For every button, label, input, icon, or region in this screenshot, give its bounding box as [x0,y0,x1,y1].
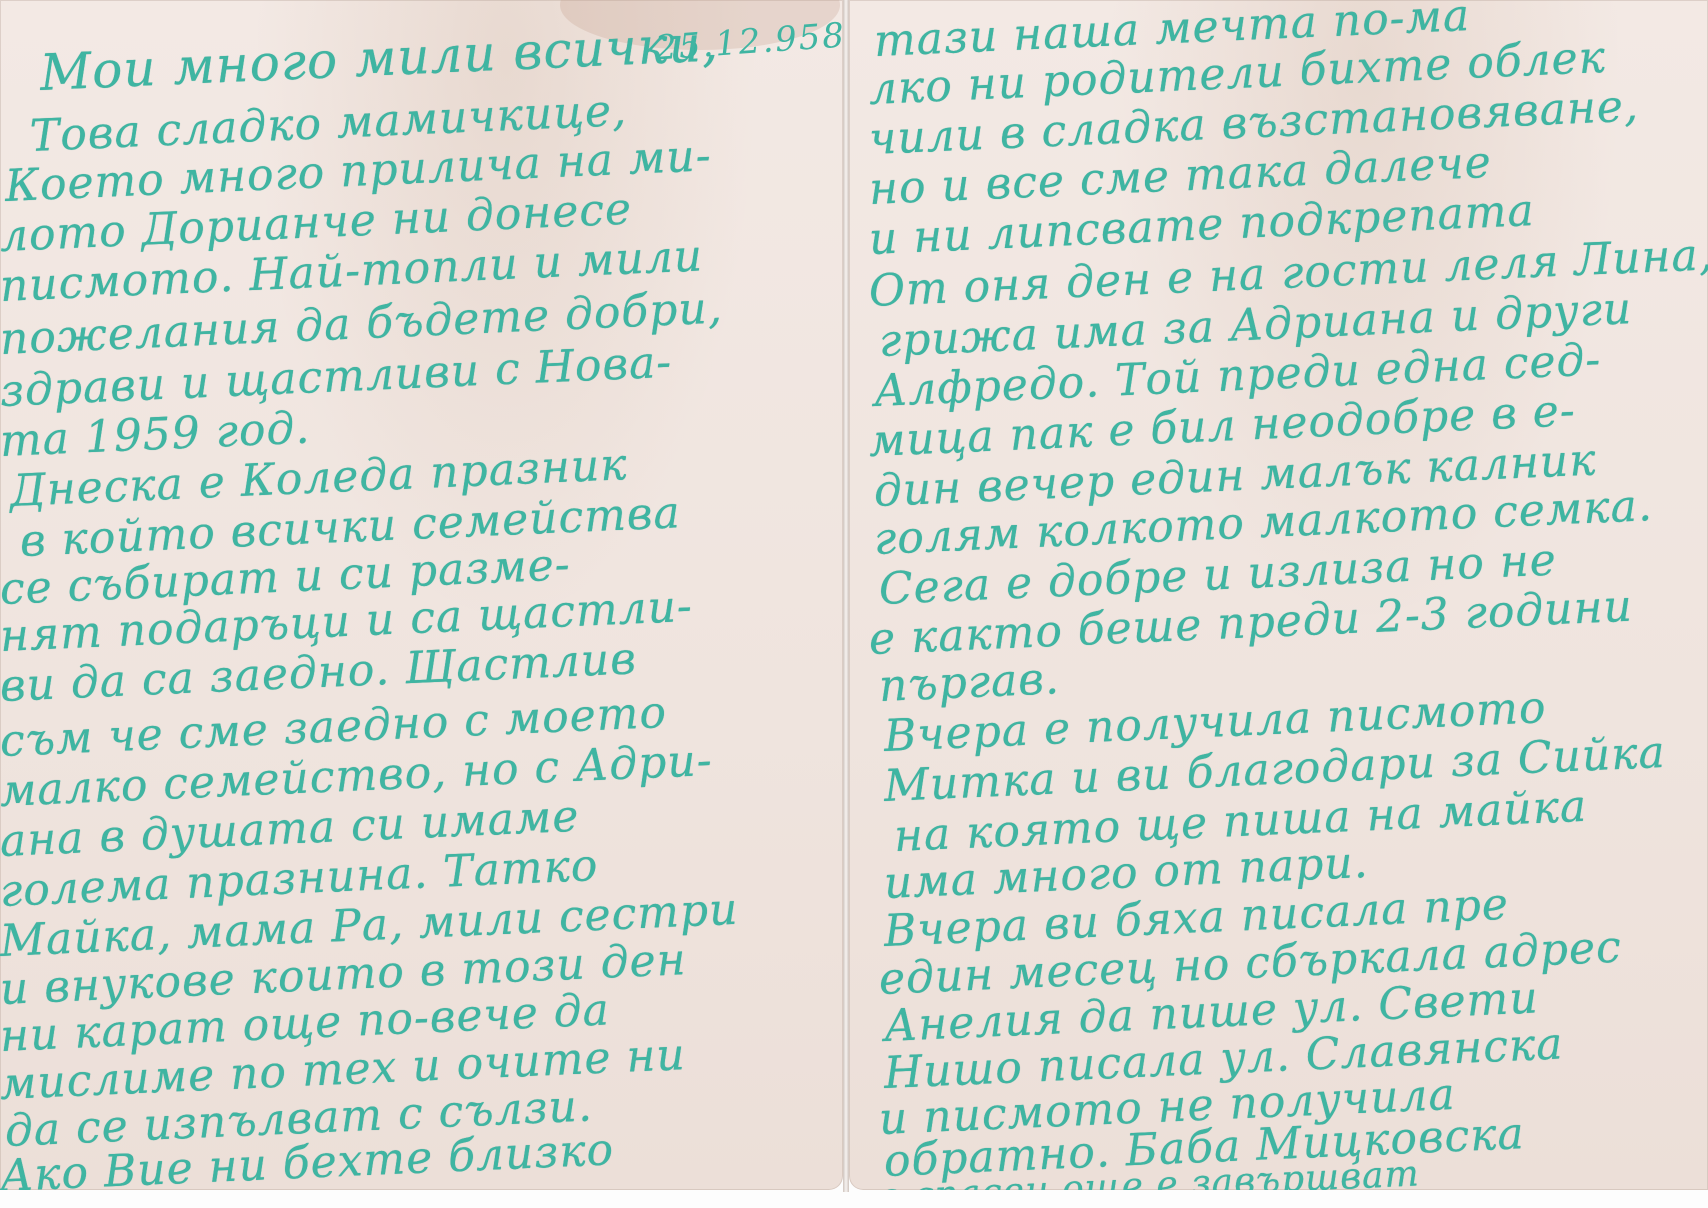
left-page-text: Мои много мили всички, Това сладко мамич… [0,0,843,1190]
letter-scan: 25.12.958 Мои много мили всички, Това сл… [0,0,1708,1208]
text-line: пъргав. [878,657,1061,709]
left-page: 25.12.958 Мои много мили всички, Това сл… [0,0,843,1190]
right-page-text: тази наша мечта по-ма лко ни родители би… [849,0,1708,1190]
right-page: тази наша мечта по-ма лко ни родители би… [849,0,1708,1190]
